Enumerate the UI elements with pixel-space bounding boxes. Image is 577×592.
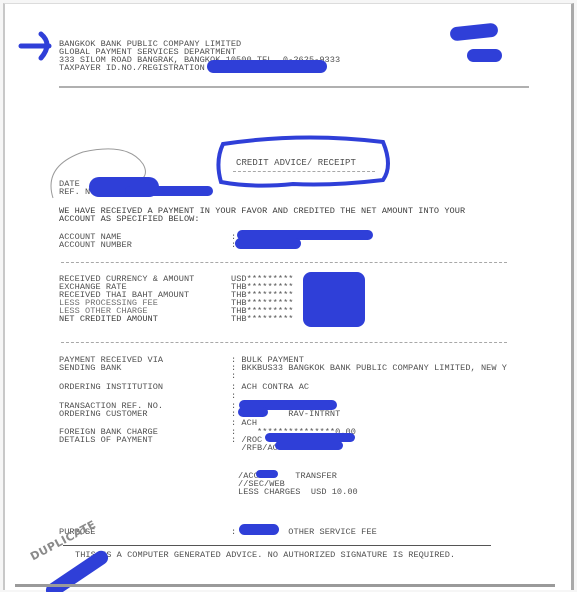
document-title: CREDIT ADVICE/ RECEIPT — [236, 159, 356, 168]
redaction-account-number — [235, 238, 301, 249]
payment-label: ORDERING INSTITUTION — [59, 383, 163, 392]
redaction-details-rfb — [275, 441, 343, 450]
intro-line-2: ACCOUNT AS SPECIFIED BELOW: — [59, 215, 200, 224]
redaction-amounts — [303, 272, 365, 327]
redaction-ref-tail — [125, 186, 213, 196]
payment-label: SENDING BANK — [59, 364, 122, 373]
footer-divider — [63, 545, 491, 546]
header-divider — [59, 86, 529, 88]
account-number-label: ACCOUNT NUMBER — [59, 241, 132, 250]
payment-value: : — [231, 392, 236, 401]
redaction-top-right-2 — [467, 49, 502, 62]
payment-value: : ACH CONTRA AC — [231, 383, 309, 392]
receipt-page: BANGKOK BANK PUBLIC COMPANY LIMITED GLOB… — [3, 3, 574, 590]
payment-value: /RFB/AC — [231, 444, 278, 453]
redaction-top-right-1 — [449, 23, 498, 42]
amounts-divider — [61, 342, 507, 343]
redaction-purpose — [239, 524, 279, 535]
title-underline — [233, 171, 375, 172]
redaction-taxpayer-id — [207, 60, 327, 73]
redaction-acc — [256, 470, 278, 478]
details-less-charges: LESS CHARGES USD 10.00 — [238, 488, 358, 497]
payment-label: ORDERING CUSTOMER — [59, 410, 148, 419]
amount-value: THB********* — [231, 315, 294, 324]
amount-label: NET CREDITED AMOUNT — [59, 315, 158, 324]
taxpayer-id: TAXPAYER ID.NO./REGISTRATION NO. — [59, 64, 226, 73]
account-divider — [61, 262, 507, 263]
hand-circle-annotation — [43, 146, 163, 206]
payment-label: DETAILS OF PAYMENT — [59, 436, 153, 445]
right-arrow-icon — [19, 30, 55, 62]
footer-note: THIS IS A COMPUTER GENERATED ADVICE. NO … — [75, 551, 455, 560]
redaction-ordering-customer — [238, 407, 268, 417]
page-bottom-edge — [15, 584, 555, 587]
payment-value: : BKKBUS33 BANGKOK BANK PUBLIC COMPANY L… — [231, 364, 507, 373]
payment-value: : — [231, 372, 236, 381]
